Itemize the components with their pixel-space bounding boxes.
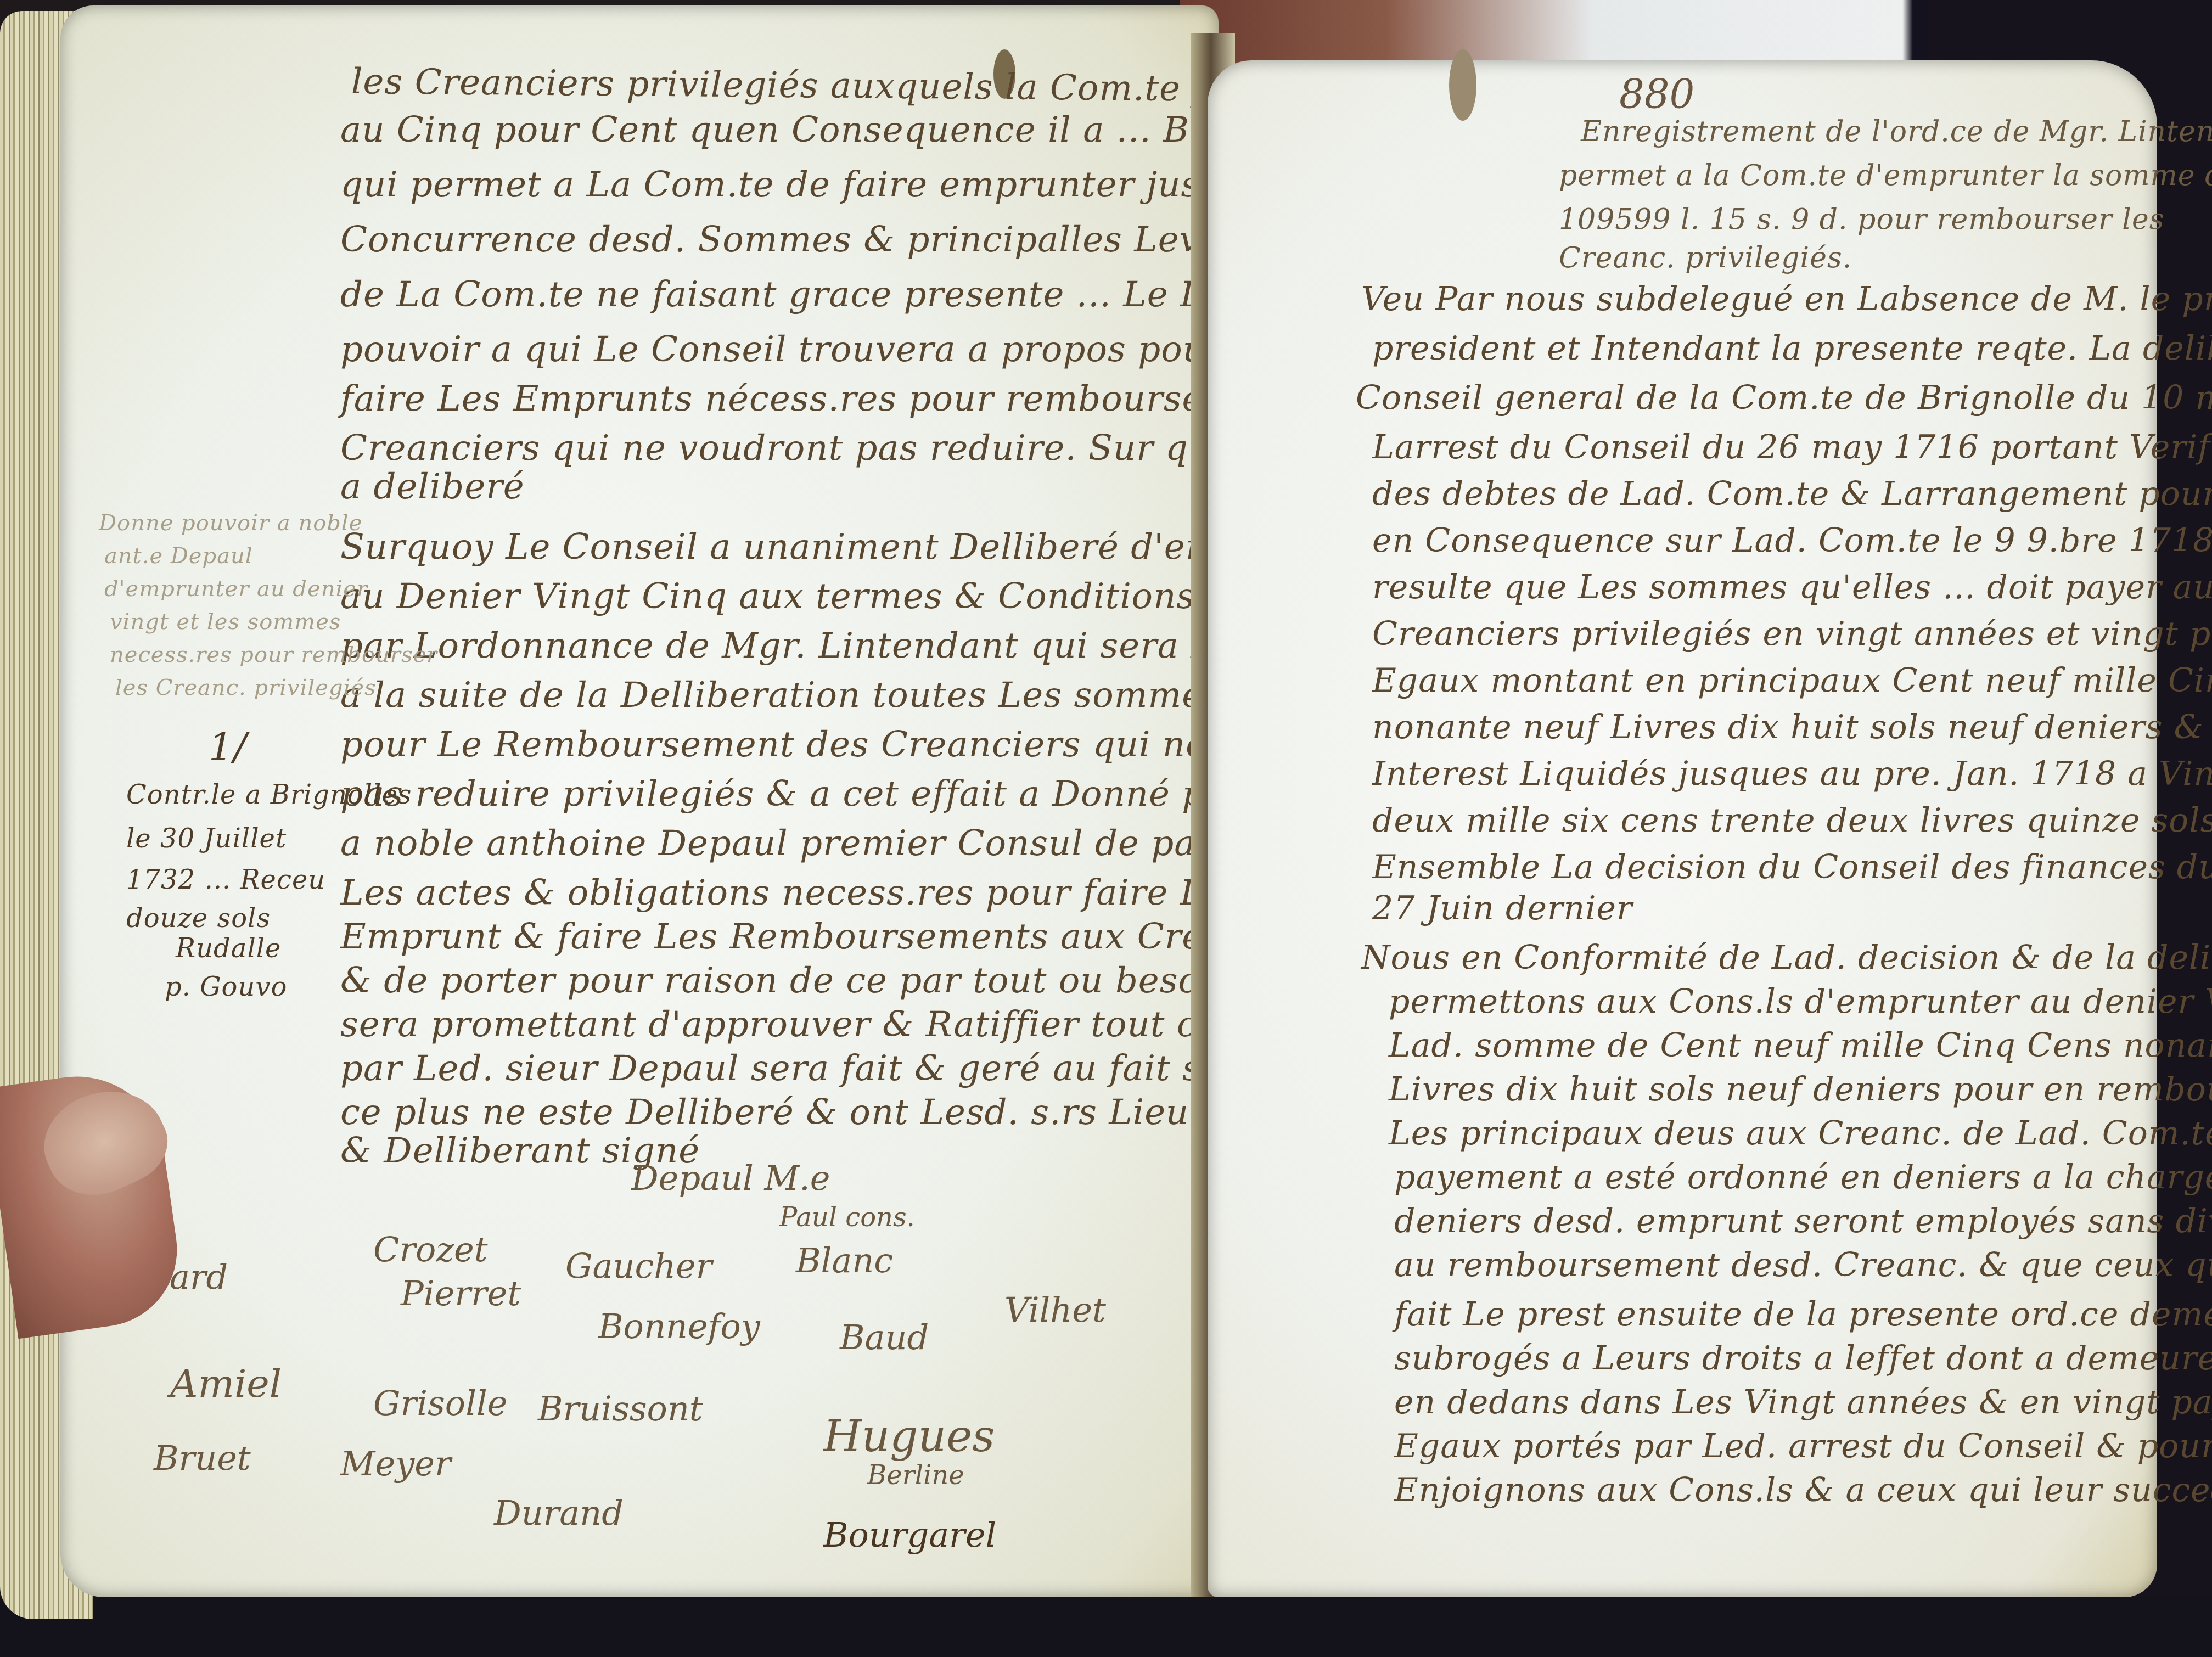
margin-line: vingt et les sommes <box>110 609 341 634</box>
paper-damage-hole <box>1449 49 1476 121</box>
margin-line: d'emprunter au denier <box>104 576 368 602</box>
signature: Amiel <box>170 1361 282 1406</box>
signature: Baud <box>840 1317 929 1357</box>
text-line: fait Le prest ensuite de la presente ord… <box>1394 1295 2212 1334</box>
text-line: Livres dix huit sols neuf deniers pour e… <box>1389 1070 2212 1109</box>
signature: Hugues <box>823 1411 995 1462</box>
signature: Gaucher <box>565 1246 712 1286</box>
text-line: Les principaux deus aux Creanc. de Lad. … <box>1389 1114 2212 1153</box>
signature: Meyer <box>340 1443 451 1484</box>
background-dark-bottom <box>0 1597 2212 1657</box>
header-line: 109599 l. 15 s. 9 d. pour rembourser les <box>1559 203 2164 236</box>
text-line: nonante neuf Livres dix huit sols neuf d… <box>1372 708 2212 746</box>
text-line: & de porter pour raison de ce par tout o… <box>340 961 1258 1001</box>
text-line: Enjoignons aux Cons.ls & a ceux qui leur… <box>1394 1471 2212 1509</box>
text-line: sera promettant d'approuver & Ratiffier … <box>340 1004 1298 1045</box>
stray-mark: 1/ <box>209 724 247 769</box>
signature: Bruissont <box>538 1389 703 1429</box>
folio-number: 880 <box>1619 71 1694 117</box>
signature: Depaul M.e <box>631 1158 830 1198</box>
text-line: au remboursement desd. Creanc. & que ceu… <box>1394 1246 2212 1284</box>
signature: Durand <box>494 1493 624 1533</box>
margin-line: 1732 ... Receu <box>126 864 325 895</box>
margin-line: le 30 Juillet <box>126 823 287 854</box>
text-line: Les actes & obligations necess.res pour … <box>340 873 1278 913</box>
text-line: a deliberé <box>340 467 525 507</box>
text-line: Creanciers privilegiés en vingt années e… <box>1372 615 2212 653</box>
signature: Grisolle <box>373 1383 508 1423</box>
text-line: qui permet a La Com.te de faire emprunte… <box>340 165 1324 205</box>
margin-line: Rudalle <box>176 933 282 964</box>
text-line: par Led. sieur Depaul sera fait & geré a… <box>340 1048 1242 1089</box>
text-line: de La Com.te ne faisant grace presente .… <box>340 274 1316 315</box>
text-line: en Consequence sur Lad. Com.te le 9 9.br… <box>1372 521 2212 560</box>
signature: Bourgarel <box>823 1515 996 1555</box>
margin-line: douze sols <box>126 903 271 934</box>
signature: Paul cons. <box>779 1202 915 1233</box>
signature: Berline <box>867 1460 964 1491</box>
text-line: Veu Par nous subdelegué en Labsence de M… <box>1361 280 2212 318</box>
signature: Bruet <box>154 1438 251 1478</box>
text-line: Interest Liquidés jusques au pre. Jan. 1… <box>1372 755 2212 793</box>
text-line: Egaux portés par Led. arrest du Conseil … <box>1394 1427 2212 1465</box>
text-line: en dedans dans Les Vingt années & en vin… <box>1394 1383 2212 1422</box>
margin-line: Contr.le a Brignolles <box>126 779 412 810</box>
margin-line: necess.res pour rembourser <box>110 642 437 667</box>
text-line: permettons aux Cons.ls d'emprunter au de… <box>1389 982 2212 1021</box>
text-line: deniers desd. emprunt seront employés sa… <box>1394 1202 2212 1240</box>
text-line: Emprunt & faire Les Remboursements aux C… <box>340 917 1337 957</box>
text-line: Nous en Conformité de Lad. decision & de… <box>1361 939 2212 977</box>
signature: Blanc <box>796 1240 893 1280</box>
text-line: Larrest du Conseil du 26 may 1716 portan… <box>1372 428 2212 467</box>
text-line: faire Les Emprunts nécess.res pour rembo… <box>340 379 1296 419</box>
text-line: 27 Juin dernier <box>1372 889 1633 928</box>
signature: Bonnefoy <box>598 1306 760 1346</box>
header-line: Enregistrement de l'ord.ce de Mgr. Linte… <box>1581 115 2212 148</box>
text-line: subrogés a Leurs droits a leffet dont a … <box>1394 1339 2212 1378</box>
text-line: president et Intendant la presente reqte… <box>1372 329 2212 368</box>
header-line: Creanc. privilegiés. <box>1559 241 1852 274</box>
margin-line: les Creanc. privilegiés <box>115 675 377 700</box>
text-line: des debtes de Lad. Com.te & Larrangement… <box>1372 475 2212 513</box>
text-line: payement a esté ordonné en deniers a la … <box>1394 1158 2212 1197</box>
photo-scene: les Creanciers privilegiés auxquels la C… <box>0 0 2212 1657</box>
text-line: Conseil general de la Com.te de Brignoll… <box>1356 379 2212 417</box>
signature: Vilhet <box>1004 1290 1106 1330</box>
text-line: au Cinq pour Cent quen Consequence il a … <box>340 110 1293 150</box>
text-line: pouvoir a qui Le Conseil trouvera a prop… <box>340 329 1223 370</box>
margin-line: p. Gouvo <box>165 971 287 1002</box>
margin-line: Donne pouvoir a noble <box>99 510 362 536</box>
text-line: Lad. somme de Cent neuf mille Cinq Cens … <box>1389 1026 2212 1065</box>
text-line: deux mille six cens trente deux livres q… <box>1372 801 2212 840</box>
text-line: Egaux montant en principaux Cent neuf mi… <box>1372 661 2212 700</box>
signature: Pierret <box>401 1273 521 1313</box>
text-line: resulte que Les sommes qu'elles ... doit… <box>1372 568 2212 606</box>
margin-line: ant.e Depaul <box>104 543 253 569</box>
text-line: au Denier Vingt Cinq aux termes & Condit… <box>340 576 1323 617</box>
text-line: pas reduire privilegiés & a cet effait a… <box>340 774 1321 815</box>
header-line: permet a la Com.te d'emprunter la somme … <box>1559 159 2212 192</box>
text-line: Ensemble La decision du Conseil des fina… <box>1372 848 2212 886</box>
signature: Crozet <box>373 1229 488 1270</box>
